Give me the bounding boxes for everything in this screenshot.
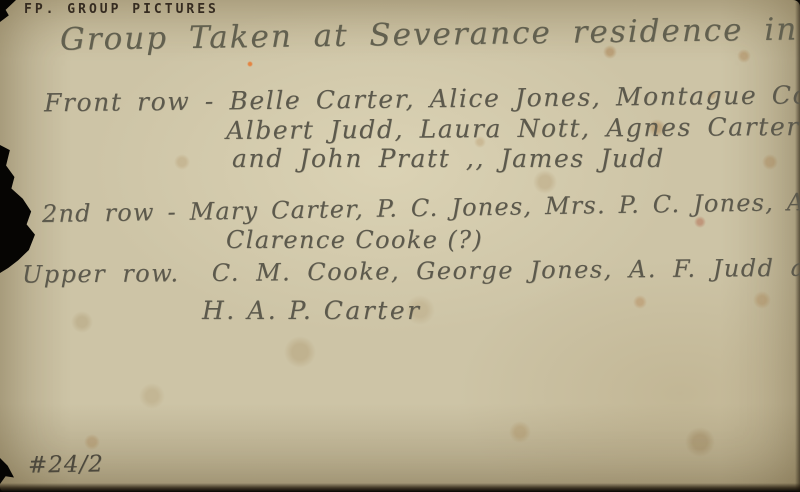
handwritten-line-front-row-cont: Albert Judd, Laura Nott, Agnes Carter bbox=[226, 112, 800, 145]
scanned-photo-back: FP. GROUP PICTURES Group Taken at Severa… bbox=[0, 0, 800, 492]
handwritten-line-second-row-cont: Clarence Cooke (?) bbox=[226, 226, 483, 254]
catalog-number: #24/2 bbox=[28, 451, 104, 478]
dark-bottom-edge bbox=[0, 483, 800, 492]
dark-right-edge bbox=[795, 0, 800, 492]
handwritten-line-upper-row-cont: H. A. P. Carter bbox=[202, 296, 422, 325]
collection-stamp: FP. GROUP PICTURES bbox=[24, 2, 219, 17]
handwritten-line-front-row-cont2: and John Pratt ,, James Judd bbox=[232, 144, 665, 173]
